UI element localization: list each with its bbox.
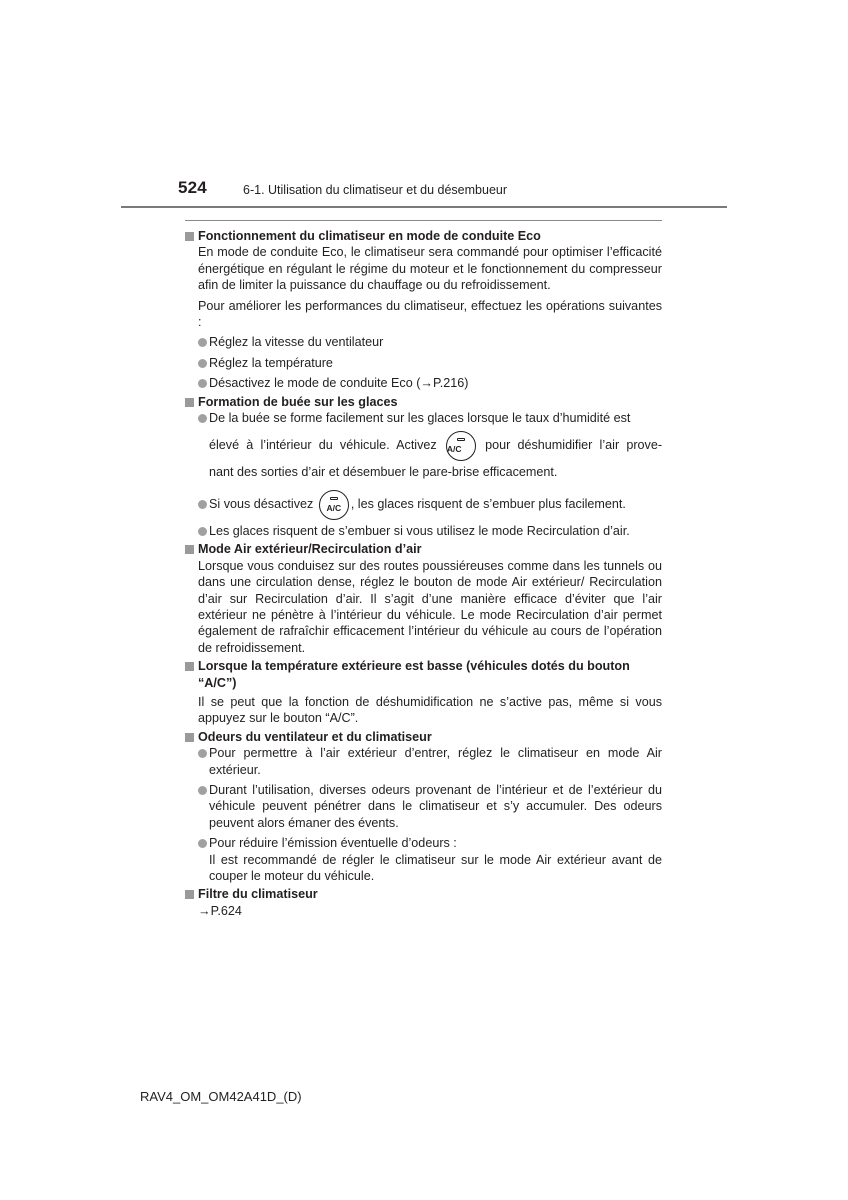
- page-number: 524: [178, 178, 207, 198]
- list-item: Les glaces risquent de s’embuer si vous …: [198, 523, 662, 539]
- circle-bullet-icon: [198, 359, 207, 368]
- page-reference-link[interactable]: →P.624: [198, 903, 662, 919]
- square-bullet-icon: [185, 545, 194, 554]
- document-code: RAV4_OM_OM42A41D_(D): [140, 1089, 302, 1104]
- square-bullet-icon: [185, 733, 194, 742]
- list-item: Durant l’utilisation, diverses odeurs pr…: [198, 782, 662, 831]
- section-heading-fogging: Formation de buée sur les glaces: [185, 394, 662, 410]
- list-item: Désactivez le mode de conduite Eco (→P.2…: [198, 375, 662, 391]
- circle-bullet-icon: [198, 414, 207, 423]
- section-heading-eco-mode: Fonctionnement du climatiseur en mode de…: [185, 228, 662, 244]
- list-item: Si vous désactivez A/C , les glaces risq…: [198, 487, 662, 521]
- paragraph: Lorsque vous conduisez sur des routes po…: [198, 558, 662, 656]
- section-divider: [185, 220, 662, 221]
- ac-button-icon: A/C: [446, 431, 476, 461]
- square-bullet-icon: [185, 398, 194, 407]
- header-divider: [121, 206, 727, 208]
- section-heading-low-temperature: Lorsque la température extérieure est ba…: [185, 658, 662, 691]
- list-item: Pour permettre à l’air extérieur d’entre…: [198, 745, 662, 778]
- circle-bullet-icon: [198, 786, 207, 795]
- list-item: Réglez la température: [198, 355, 662, 371]
- list-item: Pour réduire l’émission éventuelle d’ode…: [198, 835, 662, 884]
- paragraph: En mode de conduite Eco, le climatiseur …: [198, 244, 662, 293]
- circle-bullet-icon: [198, 338, 207, 347]
- square-bullet-icon: [185, 232, 194, 241]
- circle-bullet-icon: [198, 500, 207, 509]
- circle-bullet-icon: [198, 749, 207, 758]
- paragraph: Il se peut que la fonction de déshumidif…: [198, 694, 662, 727]
- square-bullet-icon: [185, 662, 194, 671]
- circle-bullet-icon: [198, 379, 207, 388]
- chapter-title: 6-1. Utilisation du climatiseur et du dé…: [243, 183, 507, 197]
- section-heading-air-mode: Mode Air extérieur/Recirculation d’air: [185, 541, 662, 557]
- section-heading-odors: Odeurs du ventilateur et du climatiseur: [185, 729, 662, 745]
- page-content: Fonctionnement du climatiseur en mode de…: [185, 226, 662, 923]
- circle-bullet-icon: [198, 839, 207, 848]
- section-heading-filter: Filtre du climatiseur: [185, 886, 662, 902]
- paragraph: Pour améliorer les performances du clima…: [198, 298, 662, 331]
- list-item: Réglez la vitesse du ventilateur: [198, 334, 662, 350]
- page-reference-link[interactable]: Désactivez le mode de conduite Eco (→P.2…: [209, 376, 468, 390]
- square-bullet-icon: [185, 890, 194, 899]
- circle-bullet-icon: [198, 527, 207, 536]
- list-item: De la buée se forme facilement sur les g…: [198, 410, 662, 481]
- ac-button-icon: A/C: [319, 490, 349, 520]
